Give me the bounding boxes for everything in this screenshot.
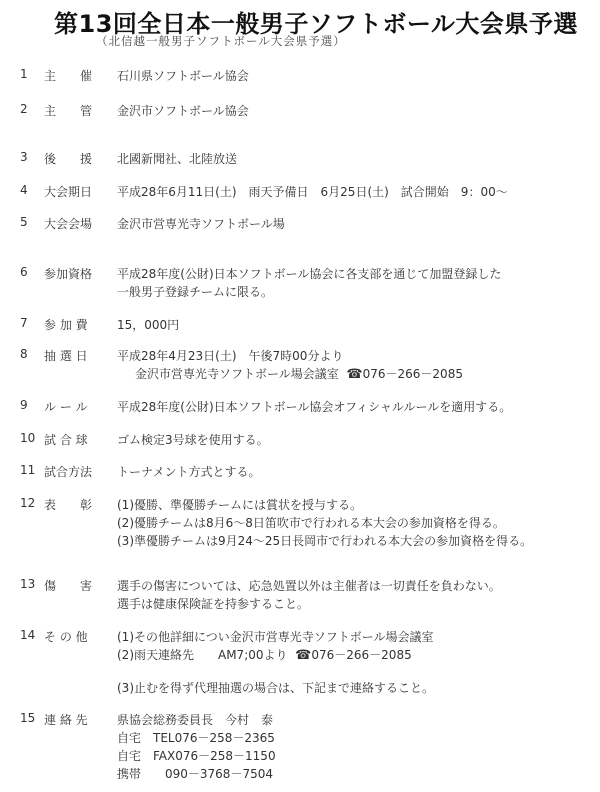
item-content: ゴム検定3号球を使用する。 [117, 431, 269, 449]
item-number: 1 [20, 67, 44, 81]
content-line: 平成28年4月23日(土) 午後7時00分より [117, 347, 463, 365]
item-number: 8 [20, 347, 44, 361]
item-content: 平成28年6月11日(土) 雨天予備日 6月25日(土) 試合開始 9：00～ [117, 183, 508, 201]
item-label: 抽 選 日 [44, 347, 114, 364]
content-line: 金沢市営専光寺ソフトボール場会議室 ☎076－266－2085 [117, 365, 463, 384]
content-line: 自宅 FAX076－258－1150 [117, 747, 276, 765]
item-number: 9 [20, 398, 44, 412]
item-number: 3 [20, 150, 44, 164]
content-line: (3)準優勝チームは9月24～25日長岡市で行われる本大会の参加資格を得る。 [117, 532, 532, 550]
item-content: 金沢市ソフトボール協会 [117, 102, 249, 120]
content-line: 自宅 TEL076－258－2365 [117, 729, 276, 747]
item-number: 13 [20, 577, 44, 591]
draw-location: 金沢市営専光寺ソフトボール場会議室 [135, 367, 339, 381]
phone-number: 076－266－2085 [311, 648, 411, 662]
item-content: トーナメント方式とする。 [117, 463, 261, 481]
item-label: 試 合 球 [44, 431, 114, 448]
item-number: 2 [20, 102, 44, 116]
item-label: 主 催 [44, 67, 114, 84]
item-content: 15，000円 [117, 316, 179, 334]
content-line: 携帯 090－3768－7504 [117, 765, 276, 783]
item-number: 12 [20, 496, 44, 510]
item-content: 平成28年4月23日(土) 午後7時00分より 金沢市営専光寺ソフトボール場会議… [117, 347, 463, 384]
content-line: (1)その他詳細につい金沢市営専光寺ソフトボール場会議室 [117, 628, 434, 646]
content-line: 県協会総務委員長 今村 泰 [117, 711, 276, 729]
item-content: 石川県ソフトボール協会 [117, 67, 249, 85]
document-subtitle: （北信越一般男子ソフトボール大会県予選） [96, 33, 346, 49]
item-content: 選手の傷害については、応急処置以外は主催者は一切責任を負わない。 選手は健康保険… [117, 577, 501, 613]
content-line: (2)優勝チームは8月6～8日笛吹市で行われる本大会の参加資格を得る。 [117, 514, 532, 532]
item-label: 大会会場 [44, 215, 114, 232]
item-number: 4 [20, 183, 44, 197]
content-line: 平成28年度(公財)日本ソフトボール協会に各支部を通じて加盟登録した [117, 265, 501, 283]
content-line: (3)止むを得ず代理抽選の場合は、下記まで連絡すること。 [117, 679, 434, 697]
phone-number: 076－266－2085 [363, 367, 463, 381]
item-content: 平成28年度(公財)日本ソフトボール協会オフィシャルルールを適用する。 [117, 398, 511, 416]
item-number: 10 [20, 431, 44, 445]
item-label: 後 援 [44, 150, 114, 167]
content-line: 一般男子登録チームに限る。 [117, 283, 501, 301]
item-content: (1)優勝、準優勝チームには賞状を授与する。 (2)優勝チームは8月6～8日笛吹… [117, 496, 532, 550]
item-label: そ の 他 [44, 628, 114, 645]
item-number: 5 [20, 215, 44, 229]
item-label: 表 彰 [44, 496, 114, 513]
phone-icon: ☎ [295, 648, 311, 663]
item-label: 参 加 費 [44, 316, 114, 333]
item-number: 7 [20, 316, 44, 330]
content-line: (2)雨天連絡先 AM7;00より ☎076－266－2085 [117, 646, 434, 665]
item-content: 北國新聞社、北陸放送 [117, 150, 237, 168]
item-label: 大会期日 [44, 183, 114, 200]
content-line: (1)優勝、準優勝チームには賞状を授与する。 [117, 496, 532, 514]
item-label: 連 絡 先 [44, 711, 114, 728]
item-label: 参加資格 [44, 265, 114, 282]
content-line: 選手の傷害については、応急処置以外は主催者は一切責任を負わない。 [117, 577, 501, 595]
item-content: 県協会総務委員長 今村 泰 自宅 TEL076－258－2365 自宅 FAX0… [117, 711, 276, 783]
rain-contact: (2)雨天連絡先 AM7;00より [117, 648, 288, 662]
item-number: 15 [20, 711, 44, 725]
item-number: 14 [20, 628, 44, 642]
phone-icon: ☎ [346, 367, 362, 382]
item-content: 平成28年度(公財)日本ソフトボール協会に各支部を通じて加盟登録した 一般男子登… [117, 265, 501, 301]
item-number: 6 [20, 265, 44, 279]
item-label: ル ー ル [44, 398, 114, 415]
item-content: (1)その他詳細につい金沢市営専光寺ソフトボール場会議室 (2)雨天連絡先 AM… [117, 628, 434, 697]
item-label: 試合方法 [44, 463, 114, 480]
item-label: 主 管 [44, 102, 114, 119]
item-number: 11 [20, 463, 44, 477]
item-label: 傷 害 [44, 577, 114, 594]
content-line: 選手は健康保険証を持参すること。 [117, 595, 501, 613]
item-content: 金沢市営専光寺ソフトボール場 [117, 215, 285, 233]
